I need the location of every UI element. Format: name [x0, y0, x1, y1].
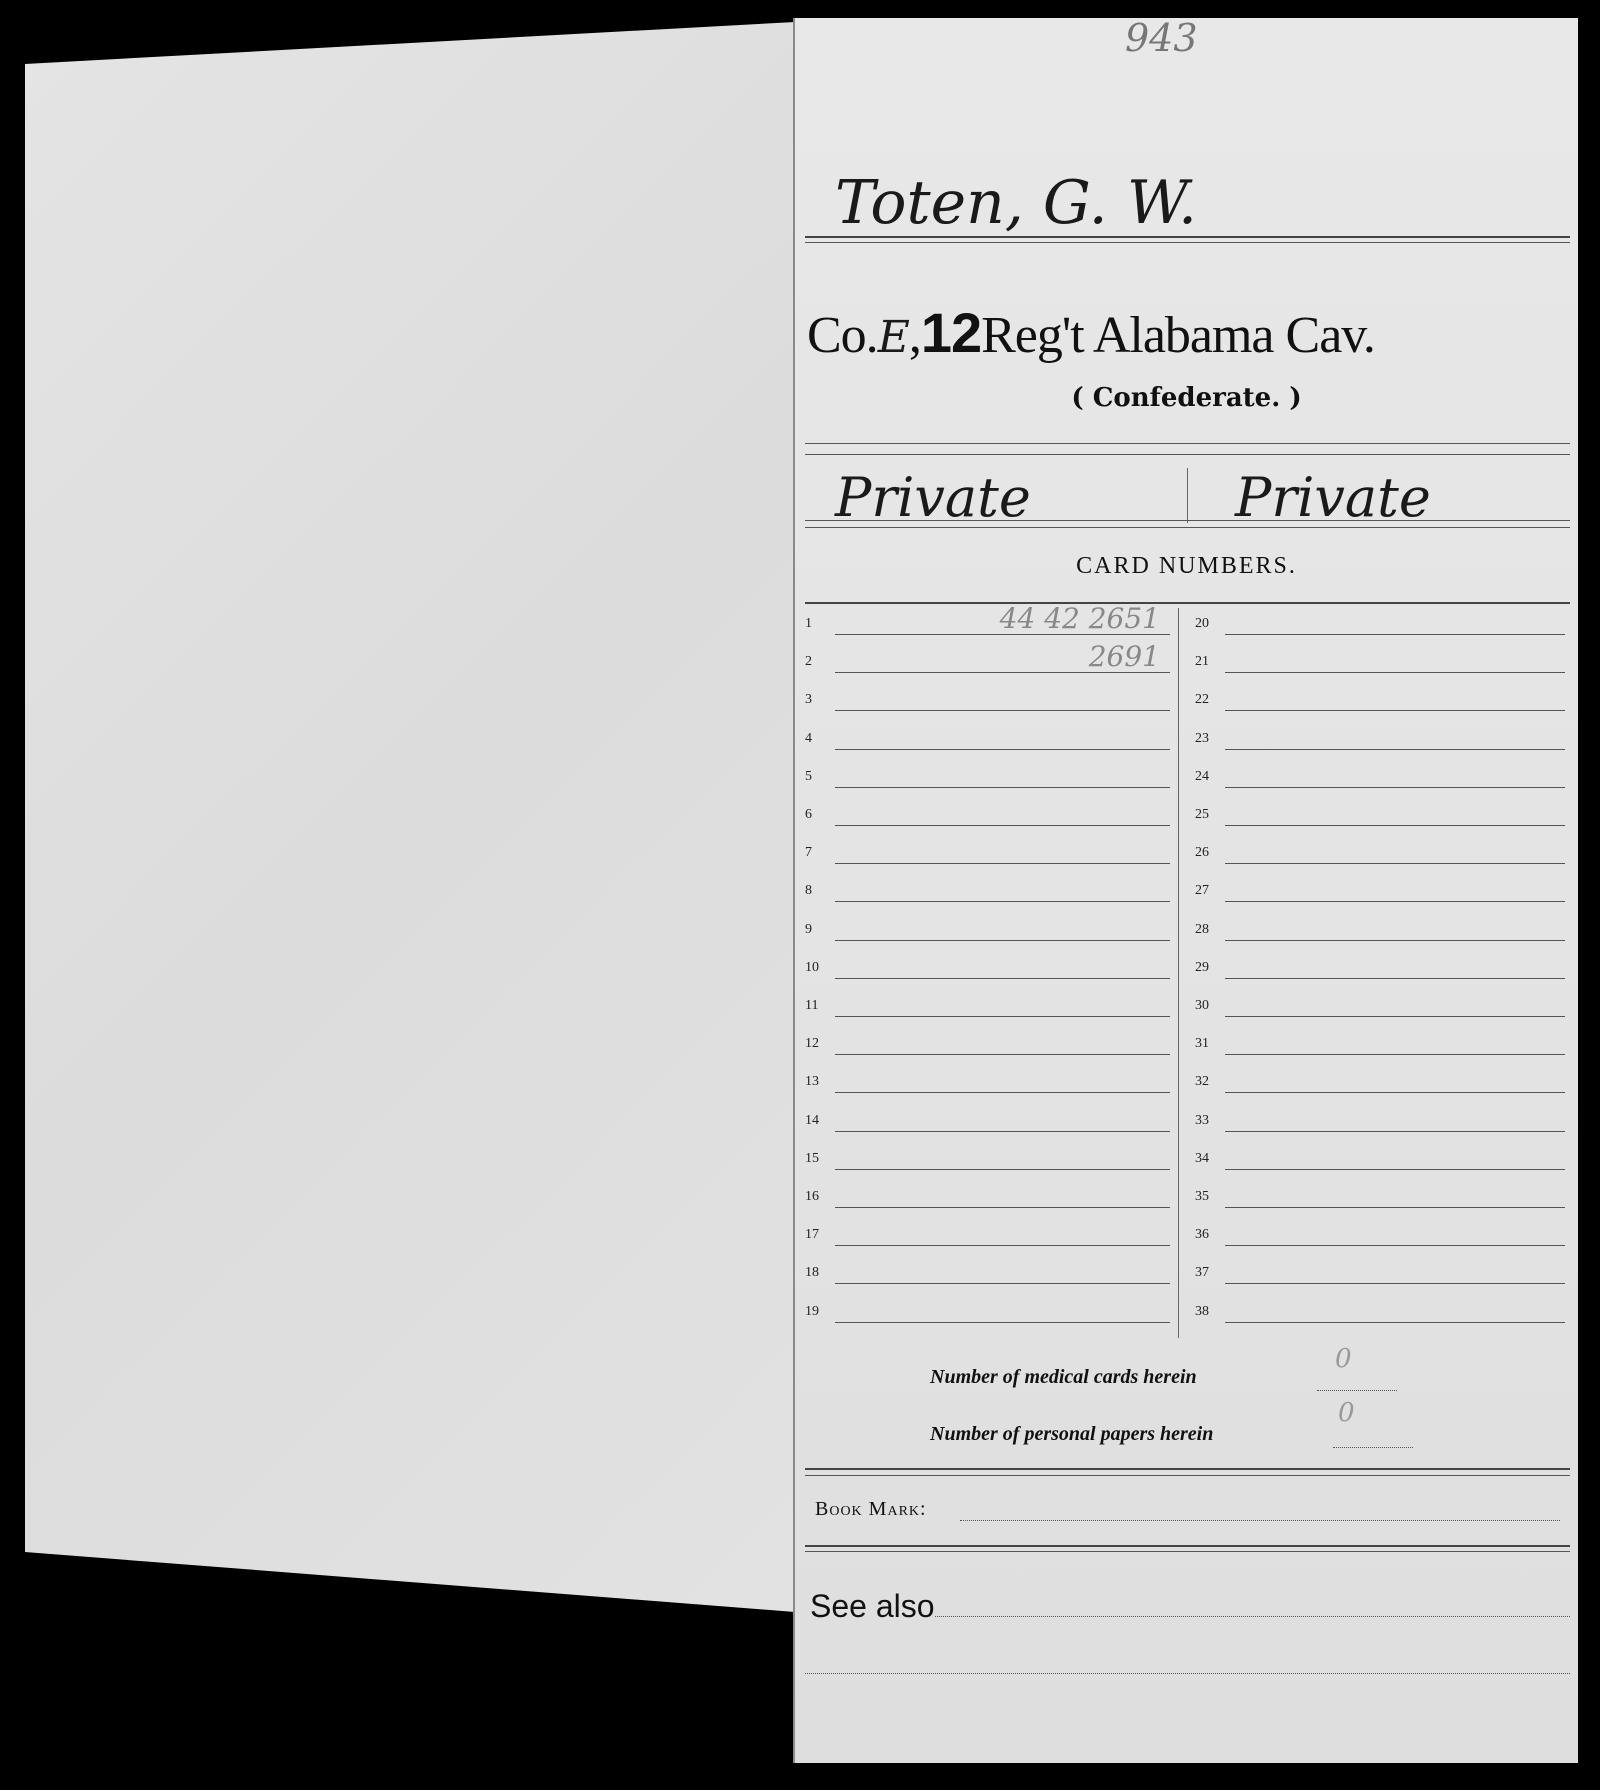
card-number-line[interactable]	[1225, 672, 1565, 673]
card-number-line[interactable]	[1225, 787, 1565, 788]
card-number-label: 22	[1195, 692, 1209, 708]
card-number-label: 3	[805, 692, 812, 708]
card-number-label: 9	[805, 922, 812, 938]
card-number-label: 29	[1195, 960, 1209, 976]
card-number-line[interactable]	[1225, 825, 1565, 826]
personal-papers-value: 0	[1338, 1398, 1355, 1428]
card-number-line[interactable]	[1225, 1322, 1565, 1323]
card-number-label: 4	[805, 731, 812, 747]
card-number-label: 23	[1195, 731, 1209, 747]
card-number-line[interactable]	[835, 863, 1170, 864]
card-number-line[interactable]	[1225, 1016, 1565, 1017]
card-number-line[interactable]	[835, 1207, 1170, 1208]
card-number-label: 6	[805, 807, 812, 823]
card-number-line[interactable]	[1225, 749, 1565, 750]
card-number-line[interactable]	[1225, 978, 1565, 979]
card-number-label: 12	[805, 1036, 819, 1052]
card-numbers-grid: 144 42 265122691345678910111213141516171…	[795, 608, 1578, 1338]
card-number-label: 15	[805, 1151, 819, 1167]
see-also-label: See also	[810, 1588, 935, 1625]
see-also-field[interactable]	[935, 1616, 1570, 1617]
card-number-line[interactable]	[1225, 940, 1565, 941]
card-number-line[interactable]	[1225, 1092, 1565, 1093]
card-number-label: 16	[805, 1189, 819, 1205]
left-blank-flap	[25, 22, 795, 1612]
card-number-line[interactable]	[1225, 863, 1565, 864]
file-number: 943	[1125, 16, 1198, 60]
card-number-label: 30	[1195, 998, 1209, 1014]
card-number-line[interactable]	[1225, 901, 1565, 902]
card-number-line[interactable]	[835, 1245, 1170, 1246]
card-number-line[interactable]	[835, 1131, 1170, 1132]
card-number-line[interactable]	[835, 1016, 1170, 1017]
regiment-text: Reg't Alabama Cav.	[981, 307, 1375, 364]
card-number-line[interactable]	[835, 940, 1170, 941]
card-number-line[interactable]	[835, 1322, 1170, 1323]
card-number-line[interactable]	[835, 787, 1170, 788]
company-prefix: Co.	[807, 307, 878, 364]
card-number-line[interactable]	[835, 710, 1170, 711]
card-number-line[interactable]	[1225, 634, 1565, 635]
card-number-line[interactable]	[1225, 1169, 1565, 1170]
card-number-label: 25	[1195, 807, 1209, 823]
card-number-label: 32	[1195, 1074, 1209, 1090]
record-jacket-form: 943 Toten, G. W. Co.E,12Reg't Alabama Ca…	[793, 18, 1578, 1763]
card-number-line[interactable]	[835, 1169, 1170, 1170]
card-number-line[interactable]	[835, 1283, 1170, 1284]
card-numbers-heading: CARD NUMBERS.	[795, 553, 1578, 580]
personal-papers-label: Number of personal papers herein	[930, 1423, 1213, 1446]
affiliation: ( Confederate. )	[795, 383, 1578, 413]
card-number-line[interactable]	[835, 749, 1170, 750]
card-number-line[interactable]	[835, 901, 1170, 902]
card-number-label: 14	[805, 1113, 819, 1129]
card-number-line[interactable]	[1225, 710, 1565, 711]
card-number-label: 36	[1195, 1227, 1209, 1243]
card-number-label: 20	[1195, 616, 1209, 632]
soldier-name: Toten, G. W.	[835, 168, 1197, 238]
book-mark-label: Book Mark:	[815, 1498, 927, 1521]
card-number-label: 27	[1195, 883, 1209, 899]
card-number-label: 37	[1195, 1265, 1209, 1281]
card-number-line[interactable]	[835, 978, 1170, 979]
card-number-value: 44 42 2651	[875, 602, 1160, 635]
card-number-label: 2	[805, 654, 812, 670]
card-number-label: 7	[805, 845, 812, 861]
card-number-label: 35	[1195, 1189, 1209, 1205]
book-mark-field[interactable]	[960, 1520, 1560, 1521]
card-number-value: 2691	[875, 640, 1160, 673]
card-number-label: 17	[805, 1227, 819, 1243]
unit-line: Co.E,12Reg't Alabama Cav.	[807, 300, 1375, 365]
separator: ,	[909, 307, 921, 364]
card-number-label: 11	[805, 998, 818, 1014]
card-number-line[interactable]	[1225, 1131, 1565, 1132]
medical-cards-value: 0	[1335, 1344, 1352, 1374]
regiment-number: 12	[921, 301, 981, 364]
card-number-label: 26	[1195, 845, 1209, 861]
medical-cards-label: Number of medical cards herein	[930, 1366, 1197, 1389]
card-number-label: 8	[805, 883, 812, 899]
card-number-line[interactable]	[1225, 1283, 1565, 1284]
card-number-label: 1	[805, 616, 812, 632]
card-number-line[interactable]	[835, 1092, 1170, 1093]
card-number-line[interactable]	[1225, 1245, 1565, 1246]
card-number-label: 13	[805, 1074, 819, 1090]
card-number-line[interactable]	[835, 1054, 1170, 1055]
card-number-line[interactable]	[1225, 1054, 1565, 1055]
card-number-label: 18	[805, 1265, 819, 1281]
card-number-label: 10	[805, 960, 819, 976]
card-number-label: 19	[805, 1304, 819, 1320]
card-number-line[interactable]	[835, 825, 1170, 826]
card-number-label: 31	[1195, 1036, 1209, 1052]
card-number-label: 24	[1195, 769, 1209, 785]
card-number-line[interactable]	[1225, 1207, 1565, 1208]
card-number-label: 5	[805, 769, 812, 785]
card-number-label: 21	[1195, 654, 1209, 670]
card-number-label: 38	[1195, 1304, 1209, 1320]
card-number-label: 28	[1195, 922, 1209, 938]
card-number-label: 34	[1195, 1151, 1209, 1167]
company-letter: E	[878, 312, 909, 363]
card-number-label: 33	[1195, 1113, 1209, 1129]
